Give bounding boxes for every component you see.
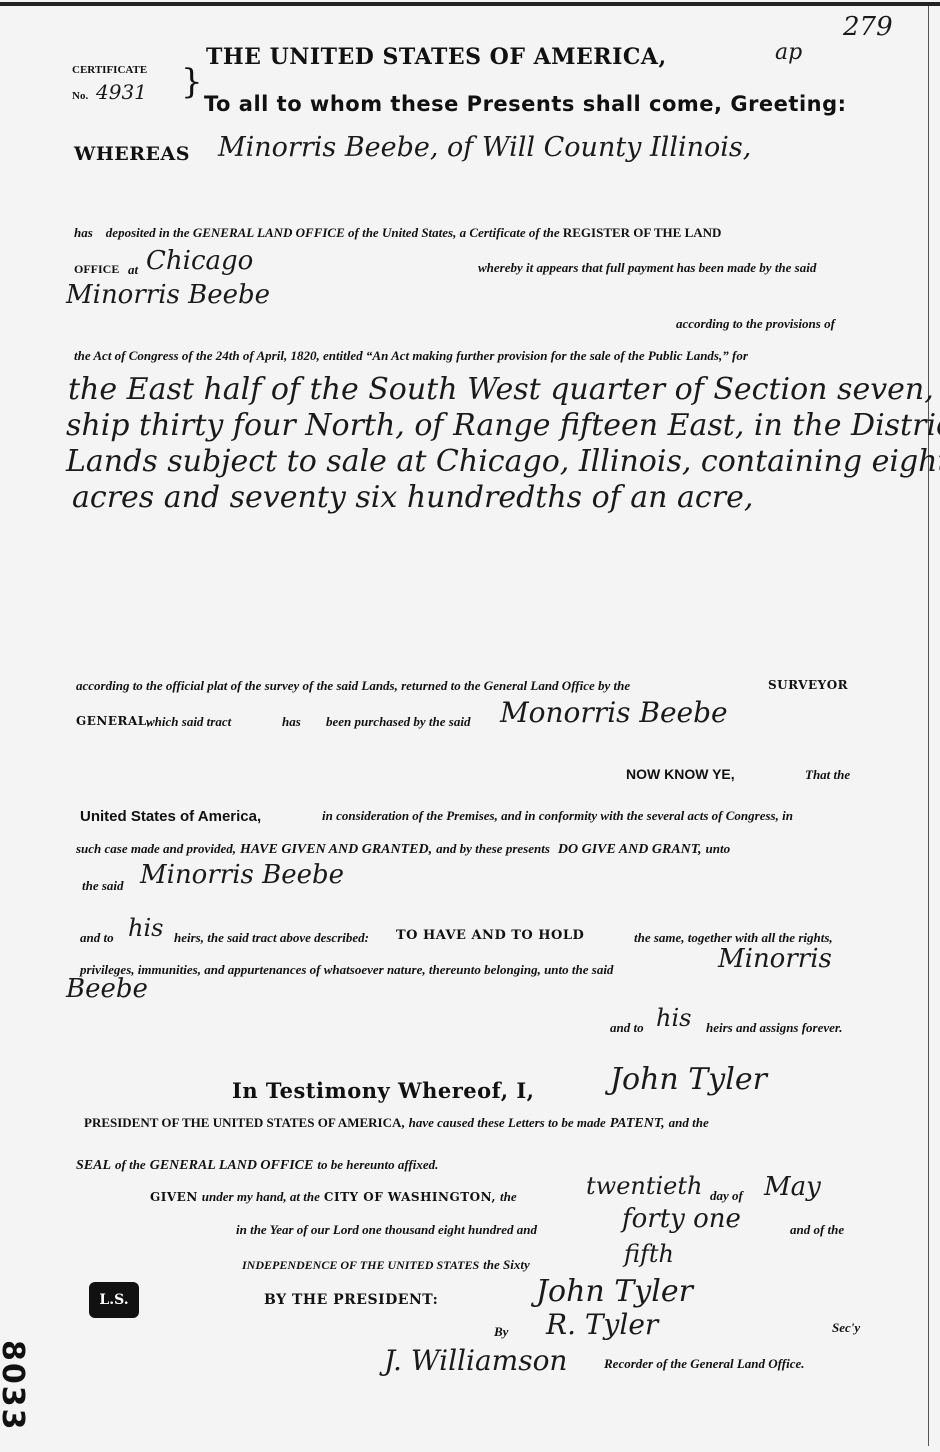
land-description-line: Lands subject to sale at Chicago, Illino… — [66, 444, 940, 479]
land-description-line: acres and seventy six hundredths of an a… — [72, 480, 753, 515]
general-label: GENERAL, — [76, 714, 151, 728]
surveyor-label: SURVEYOR — [768, 678, 848, 692]
survey-clause: according to the official plat of the su… — [76, 678, 630, 694]
given-line: GIVEN under my hand, at the CITY OF WASH… — [150, 1188, 517, 1206]
tract-clause: which said tract — [146, 714, 231, 730]
seal-ls: L.S. — [89, 1282, 139, 1318]
privileges-clause: privileges, immunities, and appurtenance… — [80, 962, 613, 978]
independence-line: INDEPENDENCE OF THE UNITED STATES the Si… — [242, 1256, 530, 1274]
usa-label: United States of America, — [80, 808, 261, 825]
testimony-line-1: PRESIDENT OF THE UNITED STATES OF AMERIC… — [84, 1114, 709, 1132]
margin-initials: ap — [775, 40, 802, 65]
independence-value: fifth — [624, 1240, 674, 1268]
page-number: 279 — [843, 12, 893, 42]
grantee-name: Minorris Beebe — [140, 860, 344, 890]
testimony-line-2: SEAL of the GENERAL LAND OFFICE to be he… — [76, 1156, 438, 1174]
by-the-president: BY THE PRESIDENT: — [264, 1292, 438, 1308]
president-signature: John Tyler — [536, 1274, 693, 1309]
payment-clause: whereby it appears that full payment has… — [478, 260, 816, 276]
land-description-line: ship thirty four North, of Range fifteen… — [66, 408, 940, 443]
day-value: twentieth — [586, 1172, 702, 1200]
heirs-clause: heirs, the said tract above described: — [174, 930, 369, 946]
top-border — [0, 2, 940, 6]
grantee2-first: Minorris — [718, 944, 832, 974]
year-value: forty one — [622, 1204, 741, 1234]
provisions-clause: according to the provisions of — [676, 316, 835, 332]
certificate-number: 4931 — [96, 80, 147, 104]
and-of-the: and of the — [790, 1222, 844, 1238]
certificate-label: CERTIFICATE — [72, 64, 147, 76]
recorder-title: Recorder of the General Land Office. — [604, 1356, 805, 1372]
and-to: and to — [80, 930, 114, 946]
to-have-and-to-hold: TO HAVE AND TO HOLD — [396, 928, 584, 943]
testimony-heading: In Testimony Whereof, I, — [232, 1078, 534, 1103]
document-title: THE UNITED STATES OF AMERICA, — [206, 44, 667, 70]
the-said: the said — [82, 878, 124, 894]
purchaser-name: Monorris Beebe — [500, 696, 728, 729]
certificate-brace: } — [181, 62, 203, 102]
deposit-line-1: has deposited in the GENERAL LAND OFFICE… — [74, 225, 721, 241]
assigns-forever: heirs and assigns forever. — [706, 1020, 843, 1036]
and-to-2: and to — [610, 1020, 644, 1036]
certificate-no-label: No. — [72, 90, 88, 102]
by-label: By — [494, 1324, 508, 1340]
now-know-ye: NOW KNOW YE, — [626, 766, 735, 782]
year-prefix: in the Year of our Lord one thousand eig… — [236, 1222, 537, 1238]
grant-line-2: such case made and provided, HAVE GIVEN … — [76, 840, 730, 858]
office-label: OFFICE — [74, 262, 119, 277]
month-value: May — [764, 1172, 821, 1202]
right-border — [928, 6, 929, 1446]
office-at: at — [128, 262, 138, 278]
his-pronoun-2: his — [656, 1004, 691, 1032]
payer-name: Minorris Beebe — [66, 280, 270, 310]
has-label: has — [282, 714, 301, 730]
margin-stamp-number: 8033 — [0, 1340, 30, 1432]
whereas-label: WHEREAS — [74, 143, 190, 165]
land-description-line: the East half of the South West quarter … — [68, 372, 940, 407]
his-pronoun: his — [128, 914, 163, 942]
land-office-name: Chicago — [146, 246, 253, 276]
purchased-clause: been purchased by the said — [326, 714, 470, 730]
consideration-clause: in consideration of the Premises, and in… — [322, 808, 793, 824]
grantee-residence: Minorris Beebe, of Will County Illinois, — [218, 132, 751, 163]
that-the: That the — [805, 767, 850, 783]
secretary-label: Sec'y — [832, 1320, 860, 1336]
president-signature-testimony: John Tyler — [610, 1062, 767, 1097]
grantee2-last: Beebe — [66, 974, 148, 1004]
day-of: day of — [710, 1188, 743, 1204]
greeting: To all to whom these Presents shall come… — [204, 92, 847, 116]
recorder-signature: J. Williamson — [384, 1344, 567, 1377]
secretary-signature: R. Tyler — [546, 1308, 658, 1341]
act-clause: the Act of Congress of the 24th of April… — [74, 348, 748, 364]
